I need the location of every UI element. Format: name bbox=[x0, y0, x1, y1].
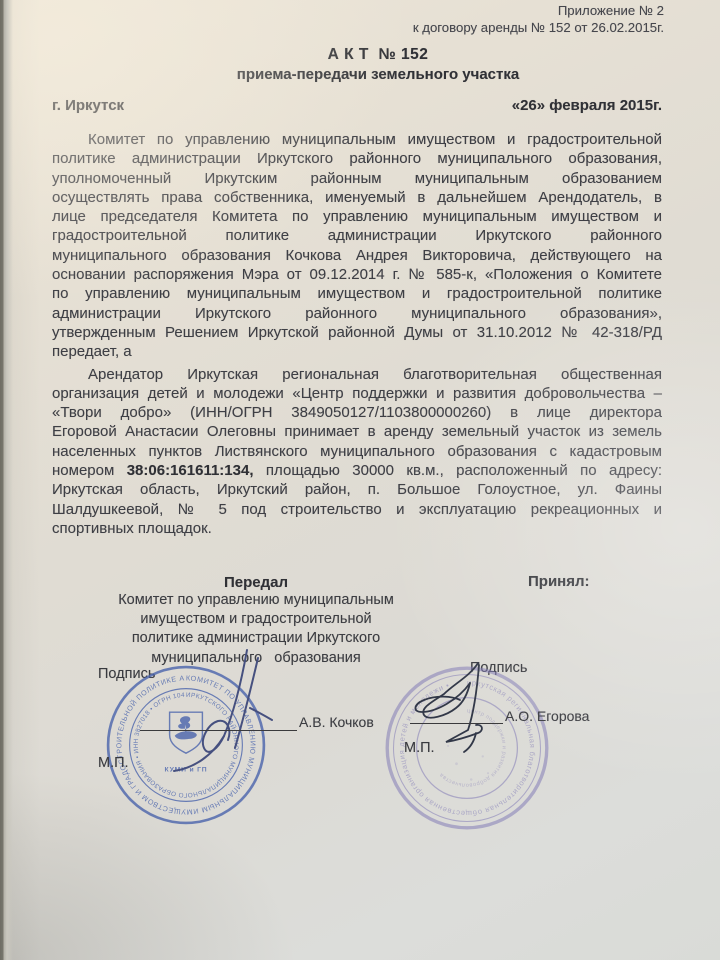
body-text: номером bbox=[52, 462, 127, 479]
body-line: администрации Иркутского районного муниц… bbox=[52, 304, 662, 323]
body-line: осуществлять права собственника, именуем… bbox=[52, 188, 662, 207]
stamp-center-label: КУМИ и ГП bbox=[165, 767, 208, 774]
title-block: А К Т № 152 приема-передачи земельного у… bbox=[72, 46, 684, 83]
body-text: площадью 30000 кв.м., расположенный по а… bbox=[254, 462, 663, 479]
seal-label-left: М.П. bbox=[98, 755, 129, 771]
signature-section: Передал Комитет по управлению муниципаль… bbox=[0, 572, 720, 860]
seal-label-right: М.П. bbox=[404, 740, 435, 756]
signature-line-left bbox=[140, 730, 297, 731]
appendix-number: Приложение № 2 bbox=[413, 2, 664, 19]
dateline: г. Иркутск «26» февраля 2015г. bbox=[52, 97, 662, 114]
body-line: Шалдушкеевой, № 5 под строительство и эк… bbox=[52, 500, 662, 519]
body-line: по управлению муниципальным имуществом и… bbox=[52, 284, 662, 303]
signature-kochkov bbox=[174, 650, 272, 771]
stamp-inner-text: центр поддержки и развития добровольчест… bbox=[438, 708, 506, 787]
body-line-cadastral: номером 38:06:161611:134, площадью 30000… bbox=[52, 461, 662, 480]
body-line: политике администрации Иркутского районн… bbox=[52, 149, 662, 168]
body-line: Комитет по управлению муниципальным имущ… bbox=[52, 130, 662, 149]
stamp-speckles bbox=[447, 736, 489, 780]
date-label: «26» февраля 2015г. bbox=[512, 97, 662, 114]
body-line: Арендатор Иркутская региональная благотв… bbox=[52, 365, 662, 384]
body-line: муниципального образования Кочкова Андре… bbox=[52, 246, 662, 265]
transferor-column: Передал Комитет по управлению муниципаль… bbox=[96, 574, 416, 668]
city-label: г. Иркутск bbox=[52, 97, 124, 114]
cadastral-number: 38:06:161611:134, bbox=[127, 462, 254, 479]
body-line: Егоровой Анастасии Олеговны принимает в … bbox=[52, 422, 662, 441]
signatory-name-right: А.О. Егорова bbox=[505, 708, 589, 724]
contract-reference: к договору аренды № 152 от 26.02.2015г. bbox=[413, 19, 664, 36]
body-line: утвержденным Решением Иркутской районной… bbox=[52, 323, 662, 342]
stamp-emblem-shield bbox=[170, 712, 203, 753]
body-line: населенных пунктов Листвянского муниципа… bbox=[52, 442, 662, 461]
transferor-org-line: муниципального образования bbox=[96, 649, 416, 668]
shield-outline bbox=[170, 712, 203, 753]
body-line: основании распоряжения Мэра от 09.12.201… bbox=[52, 265, 662, 284]
paragraph-transferor: Комитет по управлению муниципальным имущ… bbox=[52, 130, 662, 362]
signature-line-right bbox=[410, 723, 503, 724]
body-line: организация детей и молодежи «Центр подд… bbox=[52, 384, 662, 403]
act-subtitle: приема-передачи земельного участка bbox=[72, 66, 684, 83]
receiver-heading: Принял: bbox=[528, 573, 590, 590]
signature-label-left: Подпись bbox=[98, 666, 155, 682]
signature-label-right: Подпись bbox=[470, 660, 527, 676]
body-line: уполномоченный Иркутским районным муници… bbox=[52, 169, 662, 188]
body-line: градостроительной политике администрации… bbox=[52, 226, 662, 245]
body-line: лице председателя Комитета по управлению… bbox=[52, 207, 662, 226]
signature-egorova bbox=[415, 663, 482, 752]
transferor-org-line: политике администрации Иркутского bbox=[96, 629, 416, 648]
transferor-org-line: Комитет по управлению муниципальным bbox=[96, 591, 416, 610]
transferor-heading: Передал bbox=[96, 574, 416, 591]
appendix-note: Приложение № 2 к договору аренды № 152 о… bbox=[413, 2, 664, 36]
emblem-babr bbox=[175, 731, 197, 739]
body-line: «Твори добро» (ИНН/ОГРН 3849050127/11038… bbox=[52, 403, 662, 422]
committee-stamp: КОМИТЕТ ПО УПРАВЛЕНИЮ МУНИЦИПАЛЬНЫМ ИМУЩ… bbox=[104, 663, 268, 827]
paper-edge bbox=[0, 0, 13, 960]
act-title: А К Т № 152 bbox=[72, 46, 684, 64]
body-line: передает, а bbox=[52, 342, 662, 361]
document-photo: Приложение № 2 к договору аренды № 152 о… bbox=[0, 0, 720, 960]
stamp-ring-text: КОМИТЕТ ПО УПРАВЛЕНИЮ МУНИЦИПАЛЬНЫМ ИМУЩ… bbox=[104, 663, 257, 816]
stamp-outer-ring bbox=[108, 667, 264, 823]
document-body: Комитет по управлению муниципальным имущ… bbox=[52, 130, 662, 538]
transferor-org-line: имуществом и градостроительной bbox=[96, 610, 416, 629]
body-line: Иркутская область, Иркутский район, п. Б… bbox=[52, 480, 662, 499]
body-line: спортивных площадок. bbox=[52, 519, 662, 538]
stamp-inner-ring bbox=[130, 689, 243, 802]
signatory-name-left: А.В. Кочков bbox=[299, 714, 374, 730]
paragraph-lessee: Арендатор Иркутская региональная благотв… bbox=[52, 365, 662, 539]
